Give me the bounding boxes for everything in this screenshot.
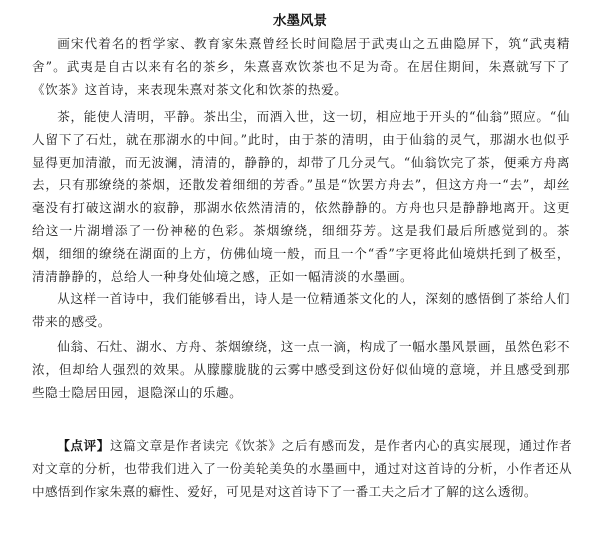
document-title: 水墨风景 xyxy=(0,9,600,29)
comment-paragraph: 【点评】这篇文章是作者读完《饮茶》之后有感而发，是作者内心的真实展现，通过作者对… xyxy=(32,434,572,503)
paragraph-3: 从这样一首诗中，我们能够看出，诗人是一位精通茶文化的人，深刻的感悟倒了茶给人们带… xyxy=(32,288,570,334)
paragraph-4: 仙翁、石灶、湖水、方舟、茶烟缭绕，这一点一滴，构成了一幅水墨风景画，虽然色彩不浓… xyxy=(32,336,570,404)
paragraph-1: 画宋代着名的哲学家、教育家朱熹曾经长时间隐居于武夷山之五曲隐屏下，筑“武夷精舍”… xyxy=(32,33,570,101)
comment-text: 这篇文章是作者读完《饮茶》之后有感而发，是作者内心的真实展现，通过作者对文章的分… xyxy=(32,438,572,499)
comment-tag: 【点评】 xyxy=(57,438,110,453)
paragraph-2: 茶，能使人清明，平静。茶出尘，而酒入世，这一切，相应地于开头的“仙翁”照应。“仙… xyxy=(32,106,570,288)
